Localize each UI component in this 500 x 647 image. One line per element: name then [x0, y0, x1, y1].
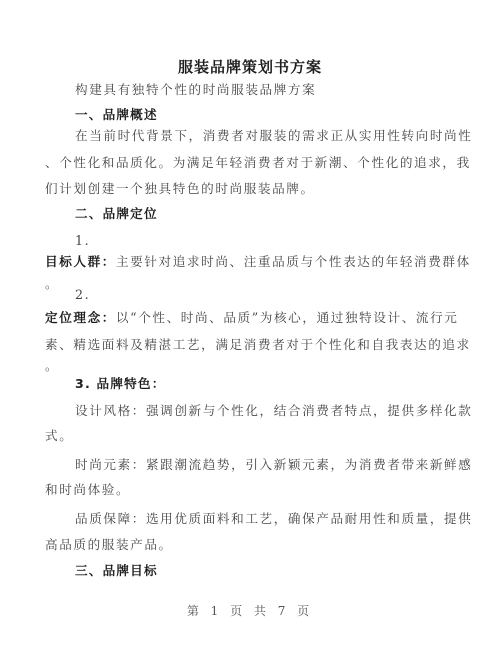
overview-paragraph-line: 在当前时代背景下，消费者对服装的需求正从实用性转向时尚性 — [75, 128, 495, 144]
document-title: 服装品牌策划书方案 — [0, 56, 500, 77]
page-indicator: 第 1 页 共 7 页 — [0, 602, 500, 619]
positioning-concept-line: 定位理念：以“个性、时尚、品质”为核心，通过独特设计、流行元 — [45, 310, 465, 326]
section-heading-positioning: 二、品牌定位 — [75, 206, 495, 222]
positioning-concept-text: 以“个性、时尚、品质”为核心，通过独特设计、流行元 — [116, 310, 459, 325]
overview-paragraph-line: 、个性化和品质化。为满足年轻消费者对于新潮、个性化的追求，我 — [45, 155, 465, 171]
brand-features-heading: 3. 品牌特色： — [75, 376, 495, 392]
feature-fashion-line: 和时尚体验。 — [45, 482, 465, 498]
feature-quality-line: 高品质的服装产品。 — [45, 537, 465, 553]
section-heading-goals: 三、品牌目标 — [75, 563, 495, 579]
target-audience-text: 主要针对追求时尚、注重品质与个性表达的年轻消费群体 — [116, 254, 471, 269]
feature-fashion-line: 时尚元素：紧跟潮流趋势，引入新颖元素，为消费者带来新鲜感 — [75, 457, 495, 473]
feature-design-line: 设计风格：强调创新与个性化，结合消费者特点，提供多样化款 — [75, 403, 495, 419]
item-number-2: 2. — [75, 287, 495, 303]
section-heading-overview: 一、品牌概述 — [75, 107, 495, 123]
target-audience-line: 目标人群：主要针对追求时尚、注重品质与个性表达的年轻消费群体 — [45, 254, 465, 270]
positioning-concept-line: 素、精选面料及精湛工艺，满足消费者对于个性化和自我表达的追求 — [45, 337, 465, 353]
target-audience-label: 目标人群： — [45, 254, 116, 269]
positioning-concept-label: 定位理念： — [45, 310, 116, 325]
feature-quality-line: 品质保障：选用优质面料和工艺，确保产品耐用性和质量，提供 — [75, 511, 495, 527]
overview-paragraph-line: 们计划创建一个独具特色的时尚服装品牌。 — [45, 181, 465, 197]
document-page: 服装品牌策划书方案 构建具有独特个性的时尚服装品牌方案 一、品牌概述 在当前时代… — [0, 0, 500, 647]
document-subtitle: 构建具有独特个性的时尚服装品牌方案 — [75, 82, 495, 98]
feature-design-line: 式。 — [45, 428, 465, 444]
positioning-concept-line-end: 。 — [45, 358, 465, 374]
item-number-1: 1. — [75, 233, 495, 249]
